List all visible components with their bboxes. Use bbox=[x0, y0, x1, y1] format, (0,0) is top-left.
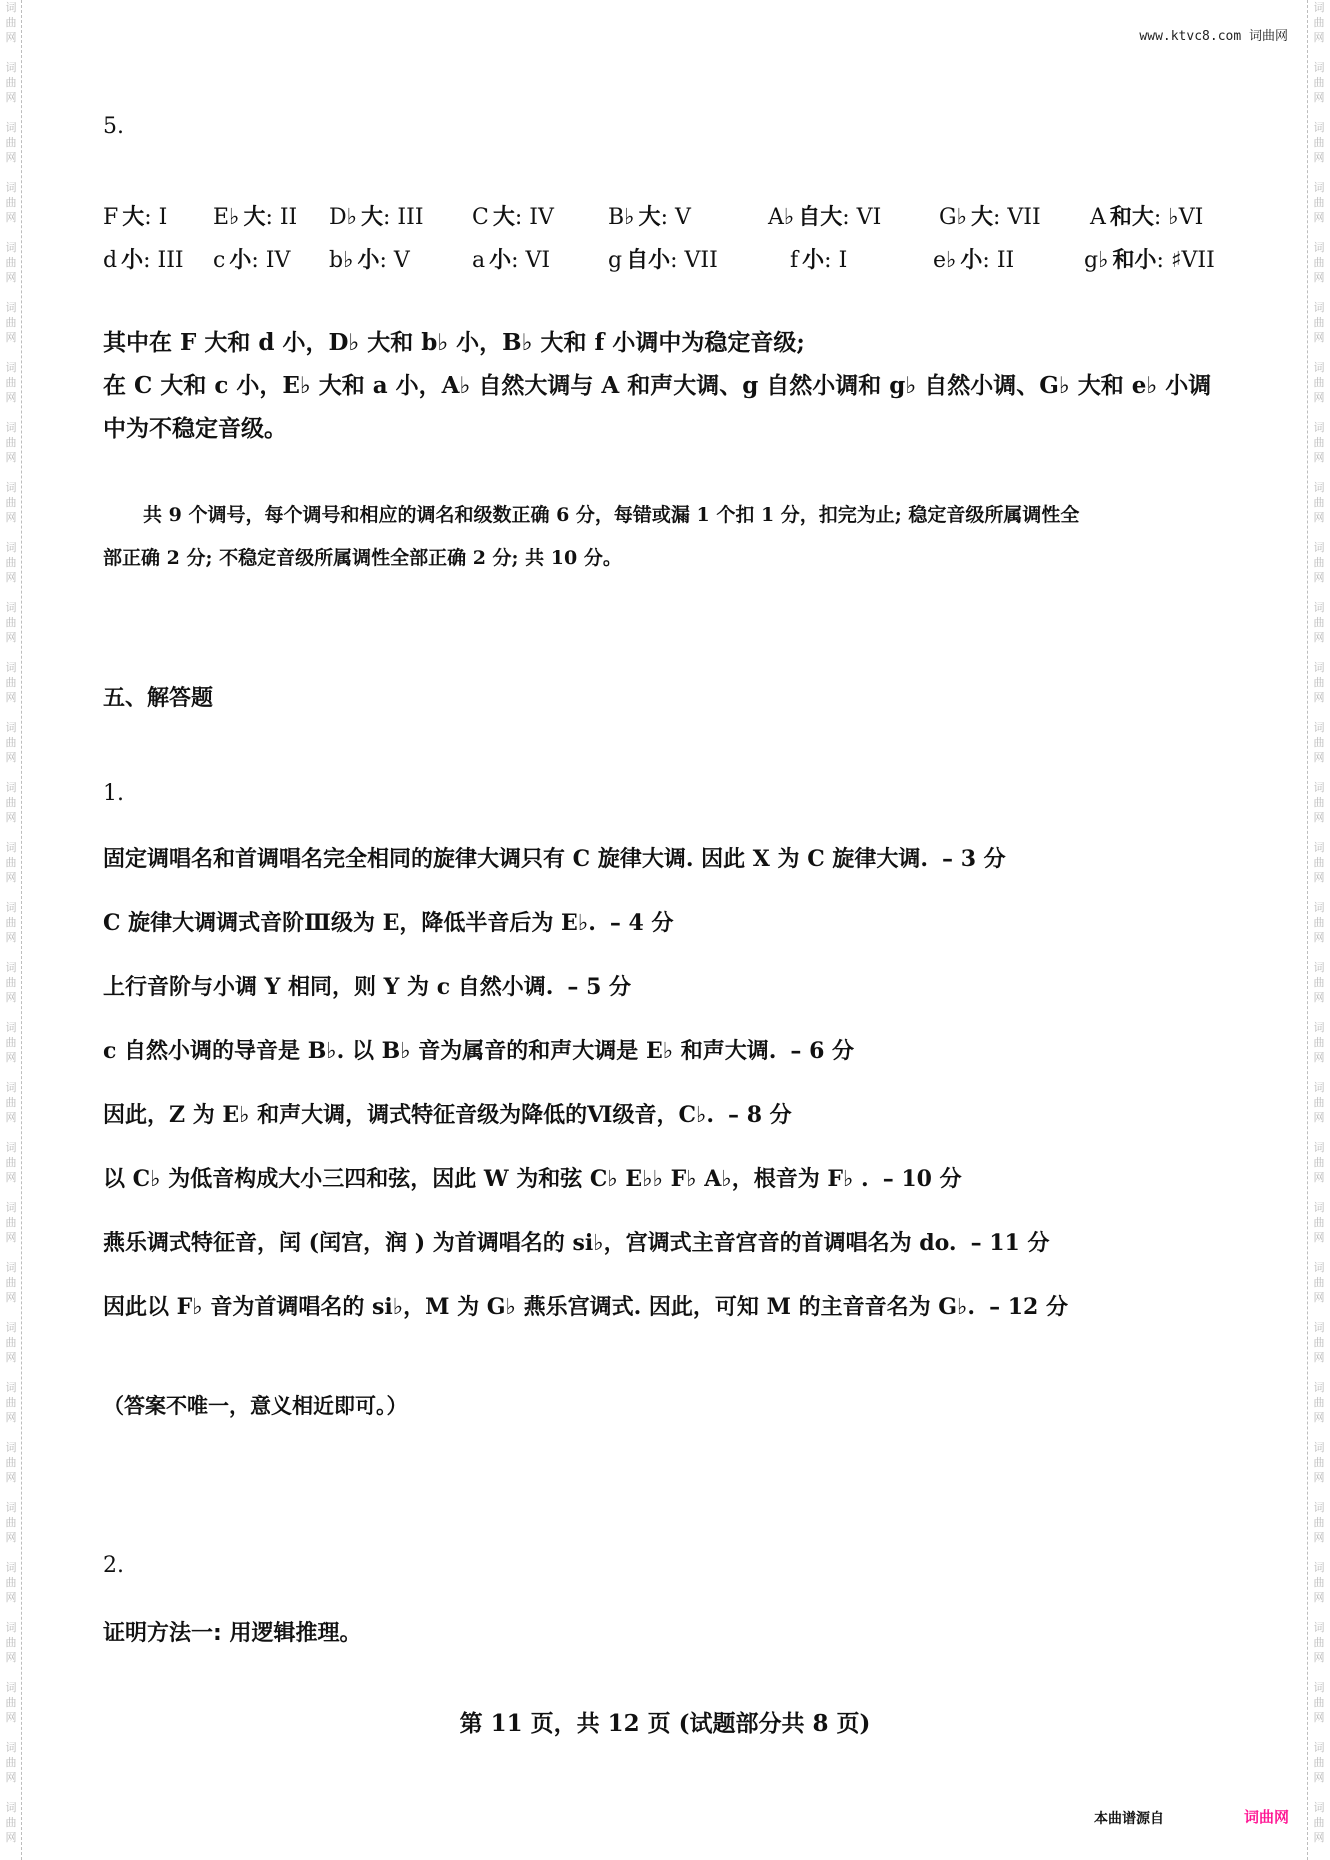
watermark-char: 曲 bbox=[1314, 855, 1325, 870]
scale-degree: : IV bbox=[251, 248, 290, 273]
step-score: – 5 分 bbox=[567, 974, 631, 1000]
watermark-char: 曲 bbox=[6, 435, 17, 450]
solution-step: c 自然小调的导音是 B♭. 以 B♭ 音为属音的和声大调是 E♭ 和声大调.–… bbox=[103, 1034, 854, 1065]
stable-degree-statement: 其中在 F 大和 d 小，D♭ 大和 b♭ 小，B♭ 大和 f 小调中为稳定音级… bbox=[103, 321, 805, 364]
source-label: 本曲谱源自 bbox=[1094, 1808, 1164, 1828]
watermark-char: 网 bbox=[6, 1290, 17, 1305]
watermark-char: 曲 bbox=[6, 495, 17, 510]
watermark-char: 词 bbox=[6, 1320, 17, 1335]
watermark-char: 网 bbox=[6, 1410, 17, 1425]
watermark-char: 词 bbox=[6, 720, 17, 735]
key-type: 小 bbox=[357, 248, 379, 273]
watermark-group: 词曲网 bbox=[1314, 480, 1325, 540]
watermark-char: 曲 bbox=[6, 1755, 17, 1770]
grading-rule-line1: 共 9 个调号，每个调号和相应的调名和级数正确 6 分，每错或漏 1 个扣 1 … bbox=[143, 494, 1079, 537]
watermark-group: 词曲网 bbox=[6, 600, 17, 660]
watermark-group: 词曲网 bbox=[1314, 660, 1325, 720]
key-degree-item: A♭自大: VI bbox=[768, 200, 881, 231]
watermark-char: 词 bbox=[6, 1740, 17, 1755]
watermark-char: 网 bbox=[1314, 510, 1325, 525]
scale-degree: : III bbox=[383, 205, 423, 230]
watermark-char: 网 bbox=[1314, 330, 1325, 345]
watermark-char: 词 bbox=[6, 1080, 17, 1095]
key-type: 大 bbox=[122, 205, 144, 230]
scale-degree: : V bbox=[379, 248, 409, 273]
step-score: – 10 分 bbox=[883, 1166, 962, 1192]
watermark-char: 网 bbox=[1314, 1050, 1325, 1065]
watermark-group: 词曲网 bbox=[1314, 420, 1325, 480]
watermark-group: 词曲网 bbox=[6, 180, 17, 240]
key-degree-item: g自小: VII bbox=[608, 243, 718, 274]
key-name: a bbox=[472, 248, 485, 273]
watermark-group: 词曲网 bbox=[1314, 540, 1325, 600]
watermark-char: 曲 bbox=[1314, 1575, 1325, 1590]
watermark-group: 词曲网 bbox=[1314, 120, 1325, 180]
watermark-char: 网 bbox=[1314, 1110, 1325, 1125]
watermark-char: 曲 bbox=[1314, 15, 1325, 30]
key-type: 自大 bbox=[798, 205, 842, 230]
watermark-char: 网 bbox=[6, 870, 17, 885]
watermark-char: 曲 bbox=[1314, 615, 1325, 630]
source-site-link[interactable]: 词曲网 bbox=[1244, 1806, 1289, 1827]
watermark-char: 词 bbox=[1314, 240, 1325, 255]
watermark-char: 曲 bbox=[1314, 435, 1325, 450]
question-5-number: 5. bbox=[103, 114, 124, 139]
scale-degree: : VI bbox=[842, 205, 881, 230]
watermark-char: 网 bbox=[1314, 750, 1325, 765]
watermark-char: 网 bbox=[6, 210, 17, 225]
watermark-char: 词 bbox=[6, 1800, 17, 1815]
watermark-char: 词 bbox=[6, 900, 17, 915]
watermark-char: 网 bbox=[1314, 90, 1325, 105]
watermark-char: 词 bbox=[6, 360, 17, 375]
watermark-group: 词曲网 bbox=[6, 1560, 17, 1620]
step-score: – 4 分 bbox=[610, 910, 674, 936]
solution-step: C 旋律大调调式音阶Ⅲ级为 E，降低半音后为 E♭.– 4 分 bbox=[103, 906, 674, 937]
watermark-char: 网 bbox=[6, 450, 17, 465]
question-1-number: 1. bbox=[103, 781, 124, 806]
watermark-char: 词 bbox=[6, 240, 17, 255]
watermark-group: 词曲网 bbox=[6, 540, 17, 600]
watermark-char: 曲 bbox=[6, 735, 17, 750]
key-type: 大 bbox=[971, 205, 993, 230]
key-name: d bbox=[103, 248, 117, 273]
watermark-group: 词曲网 bbox=[6, 660, 17, 720]
watermark-char: 曲 bbox=[6, 1035, 17, 1050]
watermark-char: 网 bbox=[6, 1590, 17, 1605]
watermark-char: 词 bbox=[1314, 120, 1325, 135]
key-type: 小 bbox=[802, 248, 824, 273]
key-degree-item: e♭小: II bbox=[933, 243, 1014, 274]
left-watermark-strip: 词曲网词曲网词曲网词曲网词曲网词曲网词曲网词曲网词曲网词曲网词曲网词曲网词曲网词… bbox=[0, 0, 22, 1860]
watermark-char: 网 bbox=[1314, 1350, 1325, 1365]
watermark-char: 词 bbox=[1314, 1140, 1325, 1155]
step-text: 上行音阶与小调 Y 相同，则 Y 为 c 自然小调. bbox=[103, 974, 553, 1000]
watermark-char: 网 bbox=[1314, 1410, 1325, 1425]
watermark-group: 词曲网 bbox=[1314, 600, 1325, 660]
key-degree-item: a小: VI bbox=[472, 243, 550, 274]
watermark-char: 词 bbox=[1314, 780, 1325, 795]
scale-degree: : I bbox=[824, 248, 847, 273]
key-name: G♭ bbox=[939, 205, 967, 230]
watermark-char: 网 bbox=[1314, 390, 1325, 405]
step-score: – 12 分 bbox=[989, 1294, 1068, 1320]
watermark-char: 曲 bbox=[1314, 135, 1325, 150]
watermark-char: 词 bbox=[6, 1020, 17, 1035]
watermark-group: 词曲网 bbox=[1314, 1380, 1325, 1440]
scale-degree: : V bbox=[661, 205, 691, 230]
watermark-char: 网 bbox=[6, 510, 17, 525]
watermark-group: 词曲网 bbox=[1314, 1020, 1325, 1080]
scale-degree: : VII bbox=[670, 248, 718, 273]
watermark-char: 词 bbox=[6, 540, 17, 555]
step-text: 因此以 F♭ 音为首调唱名的 si♭，M 为 G♭ 燕乐宫调式. 因此，可知 M… bbox=[103, 1294, 975, 1320]
scale-degree: : IV bbox=[515, 205, 554, 230]
key-type: 大 bbox=[243, 205, 265, 230]
watermark-group: 词曲网 bbox=[1314, 1560, 1325, 1620]
key-degree-item: C大: IV bbox=[472, 200, 554, 231]
solution-step: 上行音阶与小调 Y 相同，则 Y 为 c 自然小调.– 5 分 bbox=[103, 970, 631, 1001]
watermark-char: 曲 bbox=[1314, 315, 1325, 330]
watermark-group: 词曲网 bbox=[1314, 1440, 1325, 1500]
watermark-char: 曲 bbox=[6, 1155, 17, 1170]
watermark-char: 词 bbox=[1314, 420, 1325, 435]
watermark-char: 曲 bbox=[1314, 1815, 1325, 1830]
key-type: 小 bbox=[960, 248, 982, 273]
watermark-char: 词 bbox=[6, 180, 17, 195]
watermark-char: 词 bbox=[6, 840, 17, 855]
step-text: 因此，Z 为 E♭ 和声大调，调式特征音级为降低的Ⅵ级音，C♭. bbox=[103, 1102, 714, 1128]
watermark-char: 词 bbox=[6, 1200, 17, 1215]
watermark-char: 网 bbox=[1314, 930, 1325, 945]
key-type: 大 bbox=[361, 205, 383, 230]
watermark-group: 词曲网 bbox=[6, 420, 17, 480]
watermark-group: 词曲网 bbox=[6, 780, 17, 840]
watermark-char: 网 bbox=[1314, 1650, 1325, 1665]
watermark-char: 词 bbox=[1314, 960, 1325, 975]
watermark-char: 曲 bbox=[6, 975, 17, 990]
watermark-group: 词曲网 bbox=[6, 900, 17, 960]
key-degree-item: D♭大: III bbox=[329, 200, 424, 231]
watermark-char: 曲 bbox=[6, 375, 17, 390]
watermark-char: 曲 bbox=[1314, 1035, 1325, 1050]
key-degree-item: A和大: ♭VI bbox=[1090, 200, 1203, 231]
watermark-group: 词曲网 bbox=[6, 480, 17, 540]
watermark-group: 词曲网 bbox=[1314, 240, 1325, 300]
step-text: c 自然小调的导音是 B♭. 以 B♭ 音为属音的和声大调是 E♭ 和声大调. bbox=[103, 1038, 776, 1064]
watermark-char: 网 bbox=[1314, 990, 1325, 1005]
step-score: – 11 分 bbox=[971, 1230, 1050, 1256]
watermark-char: 曲 bbox=[6, 15, 17, 30]
watermark-char: 词 bbox=[6, 1620, 17, 1635]
key-degree-item: F大: I bbox=[103, 200, 167, 231]
step-text: 固定调唱名和首调唱名完全相同的旋律大调只有 C 旋律大调. 因此 X 为 C 旋… bbox=[103, 846, 928, 872]
watermark-char: 曲 bbox=[6, 1095, 17, 1110]
watermark-group: 词曲网 bbox=[6, 1620, 17, 1680]
header-site-url: www.ktvc8.com 词曲网 bbox=[1139, 25, 1288, 44]
watermark-group: 词曲网 bbox=[6, 960, 17, 1020]
watermark-char: 网 bbox=[1314, 870, 1325, 885]
key-degree-item: f小: I bbox=[790, 243, 847, 274]
key-name: A bbox=[1090, 205, 1106, 230]
watermark-char: 词 bbox=[1314, 540, 1325, 555]
watermark-group: 词曲网 bbox=[1314, 1740, 1325, 1800]
scale-degree: : ♯VII bbox=[1156, 248, 1214, 273]
watermark-group: 词曲网 bbox=[6, 1380, 17, 1440]
watermark-char: 曲 bbox=[6, 255, 17, 270]
key-name: F bbox=[103, 205, 118, 230]
unstable-degree-statement-line2: 中为不稳定音级。 bbox=[103, 407, 287, 450]
key-name: b♭ bbox=[329, 248, 353, 273]
watermark-char: 曲 bbox=[1314, 795, 1325, 810]
watermark-group: 词曲网 bbox=[6, 840, 17, 900]
watermark-char: 网 bbox=[6, 690, 17, 705]
watermark-group: 词曲网 bbox=[1314, 720, 1325, 780]
key-name: E♭ bbox=[213, 205, 239, 230]
watermark-char: 词 bbox=[1314, 1680, 1325, 1695]
watermark-char: 词 bbox=[6, 1260, 17, 1275]
watermark-char: 词 bbox=[6, 300, 17, 315]
watermark-char: 曲 bbox=[1314, 915, 1325, 930]
key-name: g bbox=[608, 248, 622, 273]
watermark-char: 曲 bbox=[6, 1275, 17, 1290]
watermark-group: 词曲网 bbox=[6, 720, 17, 780]
watermark-char: 词 bbox=[6, 960, 17, 975]
step-text: 燕乐调式特征音，闰 (闰宫，润 ) 为首调唱名的 si♭，宫调式主音宫音的首调唱… bbox=[103, 1230, 957, 1256]
key-degree-item: c小: IV bbox=[213, 243, 290, 274]
proof-method-heading: 证明方法一: 用逻辑推理。 bbox=[103, 1616, 361, 1647]
watermark-group: 词曲网 bbox=[6, 1020, 17, 1080]
key-type: 自小 bbox=[626, 248, 670, 273]
watermark-char: 网 bbox=[6, 90, 17, 105]
key-name: c bbox=[213, 248, 225, 273]
watermark-char: 曲 bbox=[1314, 735, 1325, 750]
watermark-char: 曲 bbox=[1314, 495, 1325, 510]
watermark-group: 词曲网 bbox=[6, 1740, 17, 1800]
watermark-group: 词曲网 bbox=[1314, 1500, 1325, 1560]
watermark-char: 词 bbox=[6, 60, 17, 75]
watermark-group: 词曲网 bbox=[1314, 900, 1325, 960]
watermark-char: 网 bbox=[6, 1050, 17, 1065]
watermark-char: 曲 bbox=[6, 1815, 17, 1830]
watermark-char: 网 bbox=[1314, 30, 1325, 45]
scale-degree: : ♭VI bbox=[1154, 205, 1203, 230]
watermark-group: 词曲网 bbox=[1314, 1080, 1325, 1140]
watermark-group: 词曲网 bbox=[1314, 1320, 1325, 1380]
watermark-char: 曲 bbox=[6, 855, 17, 870]
watermark-char: 网 bbox=[1314, 1290, 1325, 1305]
watermark-char: 词 bbox=[1314, 660, 1325, 675]
key-type: 小 bbox=[121, 248, 143, 273]
watermark-char: 词 bbox=[6, 780, 17, 795]
watermark-char: 曲 bbox=[1314, 675, 1325, 690]
watermark-char: 词 bbox=[6, 420, 17, 435]
section-title: 五、解答题 bbox=[103, 681, 213, 712]
watermark-char: 网 bbox=[6, 990, 17, 1005]
watermark-char: 网 bbox=[6, 1350, 17, 1365]
watermark-char: 网 bbox=[6, 1650, 17, 1665]
watermark-char: 曲 bbox=[1314, 1095, 1325, 1110]
key-type: 大 bbox=[639, 205, 661, 230]
watermark-char: 曲 bbox=[1314, 1335, 1325, 1350]
watermark-char: 曲 bbox=[6, 1395, 17, 1410]
key-degree-item: g♭和小: ♯VII bbox=[1084, 243, 1215, 274]
watermark-char: 网 bbox=[6, 1830, 17, 1845]
watermark-group: 词曲网 bbox=[6, 1500, 17, 1560]
watermark-char: 网 bbox=[6, 30, 17, 45]
watermark-char: 曲 bbox=[1314, 1215, 1325, 1230]
watermark-char: 词 bbox=[6, 0, 17, 15]
key-degree-item: d小: III bbox=[103, 243, 184, 274]
watermark-group: 词曲网 bbox=[6, 0, 17, 60]
watermark-char: 词 bbox=[1314, 360, 1325, 375]
watermark-char: 曲 bbox=[1314, 1155, 1325, 1170]
watermark-group: 词曲网 bbox=[6, 1440, 17, 1500]
watermark-char: 曲 bbox=[1314, 255, 1325, 270]
watermark-char: 词 bbox=[1314, 1500, 1325, 1515]
watermark-char: 词 bbox=[6, 1560, 17, 1575]
left-margin-dashed-line bbox=[21, 0, 22, 1860]
watermark-group: 词曲网 bbox=[1314, 0, 1325, 60]
watermark-char: 网 bbox=[1314, 630, 1325, 645]
step-score: – 8 分 bbox=[728, 1102, 792, 1128]
watermark-char: 网 bbox=[6, 390, 17, 405]
solution-step: 固定调唱名和首调唱名完全相同的旋律大调只有 C 旋律大调. 因此 X 为 C 旋… bbox=[103, 842, 1006, 873]
major-keys-row: F大: IE♭大: IID♭大: IIIC大: IVB♭大: VA♭自大: VI… bbox=[103, 200, 1233, 230]
watermark-char: 曲 bbox=[1314, 1635, 1325, 1650]
watermark-char: 曲 bbox=[1314, 555, 1325, 570]
watermark-char: 词 bbox=[1314, 1200, 1325, 1215]
watermark-char: 网 bbox=[6, 330, 17, 345]
watermark-char: 网 bbox=[1314, 1170, 1325, 1185]
watermark-char: 曲 bbox=[1314, 1755, 1325, 1770]
watermark-char: 曲 bbox=[1314, 1455, 1325, 1470]
watermark-char: 曲 bbox=[6, 915, 17, 930]
watermark-char: 网 bbox=[6, 1470, 17, 1485]
watermark-char: 词 bbox=[1314, 1440, 1325, 1455]
key-name: f bbox=[790, 248, 798, 273]
scale-degree: : I bbox=[144, 205, 167, 230]
watermark-group: 词曲网 bbox=[1314, 1200, 1325, 1260]
watermark-char: 曲 bbox=[6, 1215, 17, 1230]
watermark-char: 网 bbox=[1314, 1770, 1325, 1785]
watermark-group: 词曲网 bbox=[6, 1800, 17, 1860]
watermark-char: 网 bbox=[6, 1230, 17, 1245]
watermark-char: 词 bbox=[1314, 1620, 1325, 1635]
watermark-char: 词 bbox=[1314, 180, 1325, 195]
watermark-char: 词 bbox=[1314, 1800, 1325, 1815]
watermark-group: 词曲网 bbox=[6, 60, 17, 120]
watermark-char: 曲 bbox=[6, 75, 17, 90]
step-text: C 旋律大调调式音阶Ⅲ级为 E，降低半音后为 E♭. bbox=[103, 910, 596, 936]
watermark-group: 词曲网 bbox=[6, 300, 17, 360]
key-degree-item: B♭大: V bbox=[608, 200, 691, 231]
watermark-char: 曲 bbox=[1314, 1395, 1325, 1410]
watermark-char: 曲 bbox=[1314, 975, 1325, 990]
grading-rule-line2: 部正确 2 分; 不稳定音级所属调性全部正确 2 分; 共 10 分。 bbox=[103, 537, 622, 580]
watermark-char: 曲 bbox=[6, 1455, 17, 1470]
watermark-char: 词 bbox=[6, 600, 17, 615]
watermark-char: 词 bbox=[1314, 900, 1325, 915]
step-score: – 3 分 bbox=[942, 846, 1006, 872]
watermark-char: 曲 bbox=[1314, 1275, 1325, 1290]
watermark-char: 曲 bbox=[1314, 1515, 1325, 1530]
watermark-char: 曲 bbox=[6, 195, 17, 210]
watermark-char: 曲 bbox=[1314, 75, 1325, 90]
watermark-group: 词曲网 bbox=[6, 1320, 17, 1380]
watermark-char: 曲 bbox=[6, 555, 17, 570]
right-margin-dashed-line bbox=[1307, 0, 1308, 1860]
watermark-char: 网 bbox=[1314, 270, 1325, 285]
watermark-char: 曲 bbox=[1314, 195, 1325, 210]
watermark-char: 曲 bbox=[6, 1515, 17, 1530]
key-name: C bbox=[472, 205, 489, 230]
key-degree-item: G♭大: VII bbox=[939, 200, 1041, 231]
watermark-char: 网 bbox=[6, 750, 17, 765]
watermark-char: 词 bbox=[1314, 480, 1325, 495]
solution-step: 以 C♭ 为低音构成大小三四和弦，因此 W 为和弦 C♭ E♭♭ F♭ A♭，根… bbox=[103, 1162, 962, 1193]
watermark-char: 词 bbox=[1314, 1560, 1325, 1575]
watermark-char: 词 bbox=[6, 1140, 17, 1155]
unstable-degree-statement-line1: 在 C 大和 c 小，E♭ 大和 a 小，A♭ 自然大调与 A 和声大调、g 自… bbox=[103, 364, 1211, 407]
watermark-char: 词 bbox=[1314, 840, 1325, 855]
watermark-char: 词 bbox=[1314, 0, 1325, 15]
key-type: 小 bbox=[489, 248, 511, 273]
watermark-char: 词 bbox=[1314, 1080, 1325, 1095]
watermark-group: 词曲网 bbox=[6, 1140, 17, 1200]
watermark-char: 网 bbox=[1314, 1590, 1325, 1605]
watermark-char: 曲 bbox=[6, 795, 17, 810]
key-name: D♭ bbox=[329, 205, 357, 230]
watermark-char: 曲 bbox=[6, 1635, 17, 1650]
key-name: g♭ bbox=[1084, 248, 1108, 273]
page-number-footer: 第 11 页，共 12 页 (试题部分共 8 页) bbox=[0, 1705, 1330, 1738]
watermark-char: 词 bbox=[1314, 1320, 1325, 1335]
solution-step: 燕乐调式特征音，闰 (闰宫，润 ) 为首调唱名的 si♭，宫调式主音宫音的首调唱… bbox=[103, 1226, 1050, 1257]
watermark-char: 词 bbox=[6, 1440, 17, 1455]
solution-step: 因此以 F♭ 音为首调唱名的 si♭，M 为 G♭ 燕乐宫调式. 因此，可知 M… bbox=[103, 1290, 1068, 1321]
watermark-char: 网 bbox=[1314, 690, 1325, 705]
watermark-group: 词曲网 bbox=[1314, 960, 1325, 1020]
watermark-char: 词 bbox=[6, 480, 17, 495]
scale-degree: : VI bbox=[511, 248, 550, 273]
watermark-char: 网 bbox=[6, 270, 17, 285]
watermark-char: 词 bbox=[1314, 1740, 1325, 1755]
watermark-char: 词 bbox=[6, 1500, 17, 1515]
watermark-char: 网 bbox=[6, 570, 17, 585]
watermark-group: 词曲网 bbox=[1314, 60, 1325, 120]
watermark-char: 曲 bbox=[1314, 375, 1325, 390]
watermark-char: 词 bbox=[1314, 1020, 1325, 1035]
watermark-char: 曲 bbox=[6, 1335, 17, 1350]
minor-keys-row: d小: IIIc小: IVb♭小: Va小: VIg自小: VIIf小: Ie♭… bbox=[103, 243, 1233, 273]
watermark-char: 网 bbox=[1314, 1470, 1325, 1485]
watermark-group: 词曲网 bbox=[6, 240, 17, 300]
watermark-char: 词 bbox=[1314, 600, 1325, 615]
watermark-char: 词 bbox=[6, 660, 17, 675]
watermark-char: 网 bbox=[6, 810, 17, 825]
watermark-char: 网 bbox=[1314, 1230, 1325, 1245]
answer-note: （答案不唯一，意义相近即可。） bbox=[103, 1390, 408, 1420]
step-text: 以 C♭ 为低音构成大小三四和弦，因此 W 为和弦 C♭ E♭♭ F♭ A♭，根… bbox=[103, 1166, 869, 1192]
watermark-char: 网 bbox=[6, 150, 17, 165]
key-name: A♭ bbox=[768, 205, 794, 230]
watermark-char: 网 bbox=[1314, 1830, 1325, 1845]
scale-degree: : III bbox=[143, 248, 183, 273]
solution-step: 因此，Z 为 E♭ 和声大调，调式特征音级为降低的Ⅵ级音，C♭.– 8 分 bbox=[103, 1098, 792, 1129]
scale-degree: : II bbox=[982, 248, 1014, 273]
watermark-group: 词曲网 bbox=[6, 1260, 17, 1320]
